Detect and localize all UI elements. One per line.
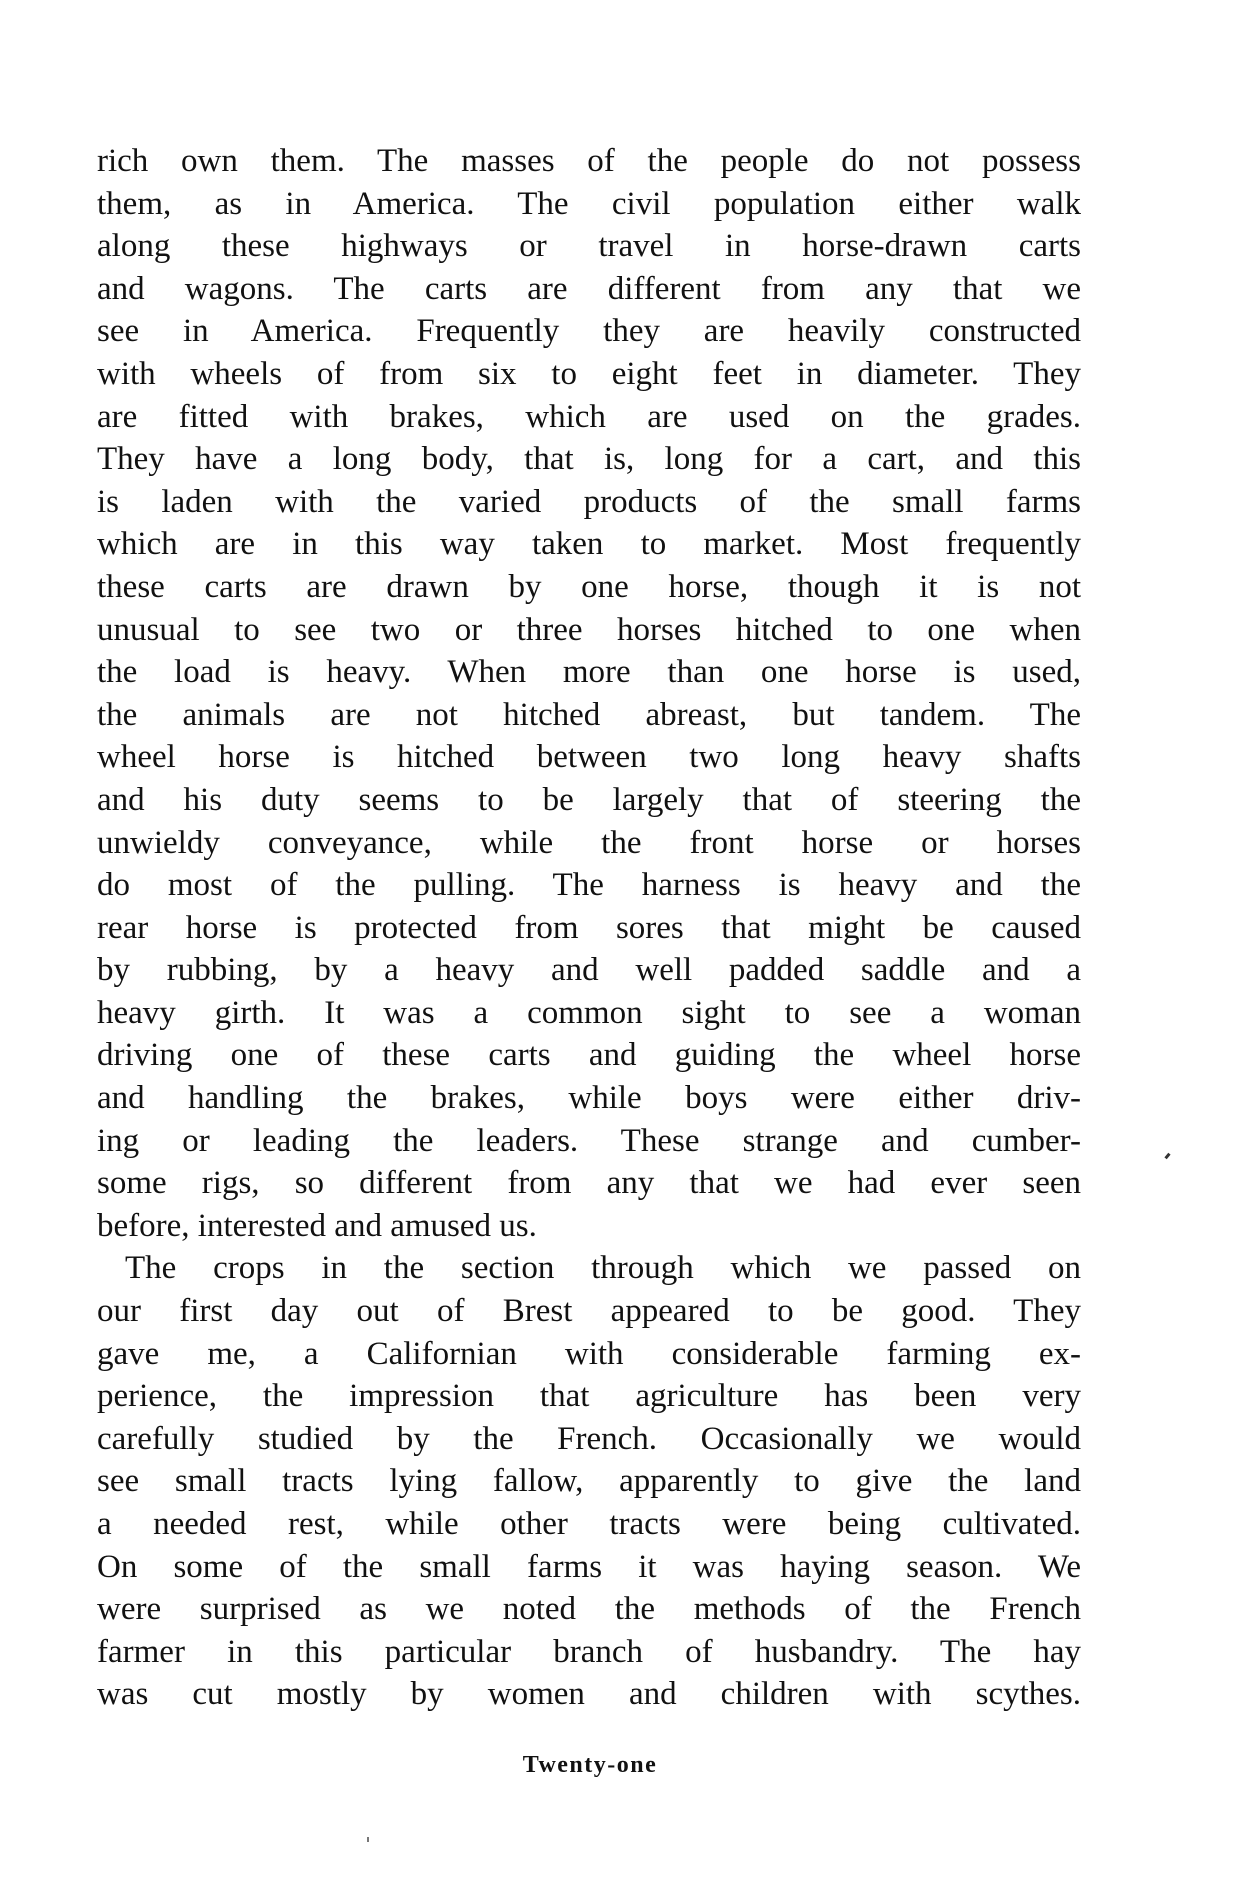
text-line: which are in this way taken to market. M… <box>97 523 1081 566</box>
text-line: carefully studied by the French. Occasio… <box>97 1418 1081 1461</box>
text-line: are fitted with brakes, which are used o… <box>97 396 1081 439</box>
book-page: rich own them. The masses of the people … <box>0 0 1250 1886</box>
scan-speck <box>1164 1153 1170 1160</box>
text-line: driving one of these carts and guiding t… <box>97 1034 1081 1077</box>
text-line: rich own them. The masses of the people … <box>97 140 1081 183</box>
text-line: unwieldy conveyance, while the front hor… <box>97 822 1081 865</box>
text-line: before, interested and amused us. <box>97 1205 1081 1248</box>
text-line: a needed rest, while other tracts were b… <box>97 1503 1081 1546</box>
text-line: the load is heavy. When more than one ho… <box>97 651 1081 694</box>
text-line: unusual to see two or three horses hitch… <box>97 609 1081 652</box>
text-line: these carts are drawn by one horse, thou… <box>97 566 1081 609</box>
text-line: them, as in America. The civil populatio… <box>97 183 1081 226</box>
text-line: wheel horse is hitched between two long … <box>97 736 1081 779</box>
text-line: the animals are not hitched abreast, but… <box>97 694 1081 737</box>
scan-speck <box>367 1837 369 1842</box>
text-line: rear horse is protected from sores that … <box>97 907 1081 950</box>
text-line: gave me, a Californian with considerable… <box>97 1333 1081 1376</box>
text-line: and wagons. The carts are different from… <box>97 268 1081 311</box>
text-line: with wheels of from six to eight feet in… <box>97 353 1081 396</box>
text-line: perience, the impression that agricultur… <box>97 1375 1081 1418</box>
text-line: see in America. Frequently they are heav… <box>97 310 1081 353</box>
text-line: They have a long body, that is, long for… <box>97 438 1081 481</box>
text-line: do most of the pulling. The harness is h… <box>97 864 1081 907</box>
text-line: The crops in the section through which w… <box>97 1247 1081 1290</box>
paragraph-2: The crops in the section through which w… <box>97 1247 1081 1716</box>
text-line: some rigs, so different from any that we… <box>97 1162 1081 1205</box>
text-line: On some of the small farms it was haying… <box>97 1546 1081 1589</box>
page-number: Twenty-one <box>0 1752 1180 1779</box>
text-line: were surprised as we noted the methods o… <box>97 1588 1081 1631</box>
text-line: along these highways or travel in horse-… <box>97 225 1081 268</box>
text-line: our first day out of Brest appeared to b… <box>97 1290 1081 1333</box>
text-line: was cut mostly by women and children wit… <box>97 1673 1081 1716</box>
text-line: and his duty seems to be largely that of… <box>97 779 1081 822</box>
text-line: is laden with the varied products of the… <box>97 481 1081 524</box>
paragraph-1: rich own them. The masses of the people … <box>97 140 1081 1247</box>
text-line: and handling the brakes, while boys were… <box>97 1077 1081 1120</box>
text-line: by rubbing, by a heavy and well padded s… <box>97 949 1081 992</box>
text-line: heavy girth. It was a common sight to se… <box>97 992 1081 1035</box>
text-line: ing or leading the leaders. These strang… <box>97 1120 1081 1163</box>
body-text: rich own them. The masses of the people … <box>97 140 1081 1716</box>
text-line: see small tracts lying fallow, apparentl… <box>97 1460 1081 1503</box>
text-line: farmer in this particular branch of husb… <box>97 1631 1081 1674</box>
